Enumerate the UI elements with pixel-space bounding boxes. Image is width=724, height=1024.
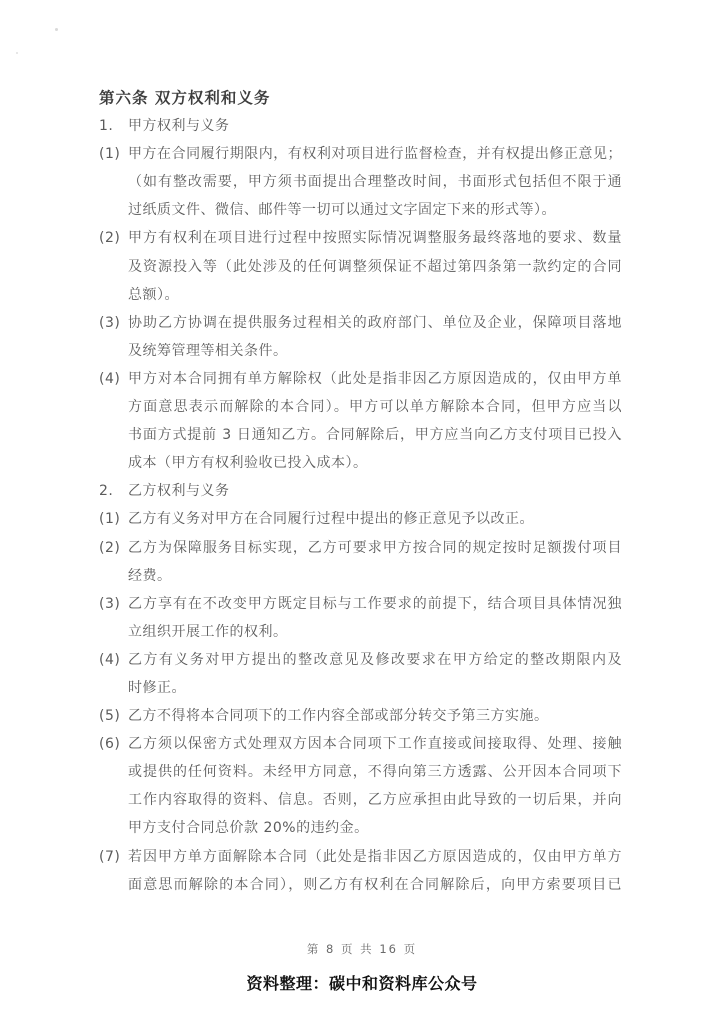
text-line: (3)协助乙方协调在提供服务过程相关的政府部门、单位及企业，保障项目落地 (99, 309, 622, 337)
text-line: 及统筹管理等相关条件。 (99, 337, 622, 365)
text-line: 成本（甲方有权利验收已投入成本）。 (99, 449, 622, 477)
text-line: 总额）。 (99, 281, 622, 309)
text-line: (5)乙方不得将本合同项下的工作内容全部或部分转交予第三方实施。 (99, 702, 622, 730)
line-text: 乙方权利与义务 (128, 477, 622, 505)
line-text: 甲方权利与义务 (128, 112, 622, 140)
text-line: 经费。 (99, 562, 622, 590)
line-text: 乙方须以保密方式处理双方因本合同项下工作直接或间接取得、处理、接触 (128, 730, 622, 758)
line-text: 成本（甲方有权利验收已投入成本）。 (128, 449, 622, 477)
text-line: 方面意思表示而解除的本合同）。甲方可以单方解除本合同，但甲方应当以 (99, 393, 622, 421)
line-text: 乙方不得将本合同项下的工作内容全部或部分转交予第三方实施。 (128, 702, 622, 730)
clause-number: (7) (99, 843, 120, 871)
text-line: (2)乙方为保障服务目标实现，乙方可要求甲方按合同的规定按时足额拨付项目 (99, 534, 622, 562)
line-text: 第六条 双方权利和义务 (99, 84, 622, 112)
line-text: （如有整改需要，甲方须书面提出合理整改时间，书面形式包括但不限于通 (128, 168, 622, 196)
text-line: 或提供的任何资料。未经甲方同意，不得向第三方透露、公开因本合同项下 (99, 758, 622, 786)
line-text: 工作内容取得的资料、信息。否则，乙方应承担由此导致的一切后果，并向 (128, 786, 622, 814)
clause-number: 2. (99, 477, 113, 505)
clause-number: (2) (99, 224, 120, 252)
line-text: 面意思而解除的本合同），则乙方有权利在合同解除后，向甲方索要项目已 (128, 871, 622, 899)
line-text: 方面意思表示而解除的本合同）。甲方可以单方解除本合同，但甲方应当以 (128, 393, 622, 421)
text-line: (1)甲方在合同履行期限内，有权利对项目进行监督检查，并有权提出修正意见； (99, 140, 622, 168)
line-text: 甲方对本合同拥有单方解除权（此处是指非因乙方原因造成的，仅由甲方单 (128, 365, 622, 393)
line-text: 立组织开展工作的权利。 (128, 618, 622, 646)
text-line: 面意思而解除的本合同），则乙方有权利在合同解除后，向甲方索要项目已 (99, 871, 622, 899)
text-line: （如有整改需要，甲方须书面提出合理整改时间，书面形式包括但不限于通 (99, 168, 622, 196)
text-line: 1.甲方权利与义务 (99, 112, 622, 140)
clause-number: (5) (99, 702, 120, 730)
text-line: (4)乙方有义务对甲方提出的整改意见及修改要求在甲方给定的整改期限内及 (99, 646, 622, 674)
text-line: 过纸质文件、微信、邮件等一切可以通过文字固定下来的形式等）。 (99, 196, 622, 224)
text-line: 工作内容取得的资料、信息。否则，乙方应承担由此导致的一切后果，并向 (99, 786, 622, 814)
text-line: (2)甲方有权利在项目进行过程中按照实际情况调整服务最终落地的要求、数量 (99, 224, 622, 252)
line-text: 或提供的任何资料。未经甲方同意，不得向第三方透露、公开因本合同项下 (128, 758, 622, 786)
article-title: 第六条 双方权利和义务 (99, 84, 622, 112)
text-line: (3)乙方享有在不改变甲方既定目标与工作要求的前提下，结合项目具体情况独 (99, 590, 622, 618)
text-line: 时修正。 (99, 674, 622, 702)
text-line: (4)甲方对本合同拥有单方解除权（此处是指非因乙方原因造成的，仅由甲方单 (99, 365, 622, 393)
clause-number: (2) (99, 534, 120, 562)
line-text: 乙方为保障服务目标实现，乙方可要求甲方按合同的规定按时足额拨付项目 (128, 534, 622, 562)
text-line: 书面方式提前 3 日通知乙方。合同解除后，甲方应当向乙方支付项目已投入 (99, 421, 622, 449)
line-text: 过纸质文件、微信、邮件等一切可以通过文字固定下来的形式等）。 (128, 196, 622, 224)
line-text: 书面方式提前 3 日通知乙方。合同解除后，甲方应当向乙方支付项目已投入 (128, 421, 622, 449)
line-text: 甲方支付合同总价款 20%的违约金。 (128, 814, 622, 842)
clause-number: (3) (99, 590, 120, 618)
text-line: (6)乙方须以保密方式处理双方因本合同项下工作直接或间接取得、处理、接触 (99, 730, 622, 758)
line-text: 乙方享有在不改变甲方既定目标与工作要求的前提下，结合项目具体情况独 (128, 590, 622, 618)
line-text: 协助乙方协调在提供服务过程相关的政府部门、单位及企业，保障项目落地 (128, 309, 622, 337)
clause-number: (3) (99, 309, 120, 337)
scanned-contract-page: 第六条 双方权利和义务1.甲方权利与义务(1)甲方在合同履行期限内，有权利对项目… (0, 0, 724, 1024)
line-text: 及统筹管理等相关条件。 (128, 337, 622, 365)
line-text: 经费。 (128, 562, 622, 590)
text-line: (7)若因甲方单方面解除本合同（此处是指非因乙方原因造成的，仅由甲方单方 (99, 843, 622, 871)
line-text: 甲方在合同履行期限内，有权利对项目进行监督检查，并有权提出修正意见； (128, 140, 622, 168)
text-line: 2.乙方权利与义务 (99, 477, 622, 505)
clause-number: (6) (99, 730, 120, 758)
text-line: 及资源投入等（此处涉及的任何调整须保证不超过第四条第一款约定的合同 (99, 253, 622, 281)
line-text: 总额）。 (128, 281, 622, 309)
line-text: 甲方有权利在项目进行过程中按照实际情况调整服务最终落地的要求、数量 (128, 224, 622, 252)
line-text: 及资源投入等（此处涉及的任何调整须保证不超过第四条第一款约定的合同 (128, 253, 622, 281)
line-text: 若因甲方单方面解除本合同（此处是指非因乙方原因造成的，仅由甲方单方 (128, 843, 622, 871)
line-text: 乙方有义务对甲方在合同履行过程中提出的修正意见予以改正。 (128, 505, 622, 533)
clause-number: 1. (99, 112, 113, 140)
clause-number: (4) (99, 646, 120, 674)
scan-speck (16, 52, 18, 54)
text-line: 立组织开展工作的权利。 (99, 618, 622, 646)
text-line: 甲方支付合同总价款 20%的违约金。 (99, 814, 622, 842)
clause-number: (4) (99, 365, 120, 393)
line-text: 乙方有义务对甲方提出的整改意见及修改要求在甲方给定的整改期限内及 (128, 646, 622, 674)
clause-number: (1) (99, 505, 120, 533)
scan-speck (55, 28, 58, 31)
line-text: 时修正。 (128, 674, 622, 702)
text-line: (1)乙方有义务对甲方在合同履行过程中提出的修正意见予以改正。 (99, 505, 622, 533)
contract-body: 第六条 双方权利和义务1.甲方权利与义务(1)甲方在合同履行期限内，有权利对项目… (99, 84, 622, 899)
branding-footer: 资料整理：碳中和资料库公众号 (0, 971, 724, 994)
page-number-indicator: 第 8 页 共 16 页 (0, 941, 724, 957)
clause-number: (1) (99, 140, 120, 168)
